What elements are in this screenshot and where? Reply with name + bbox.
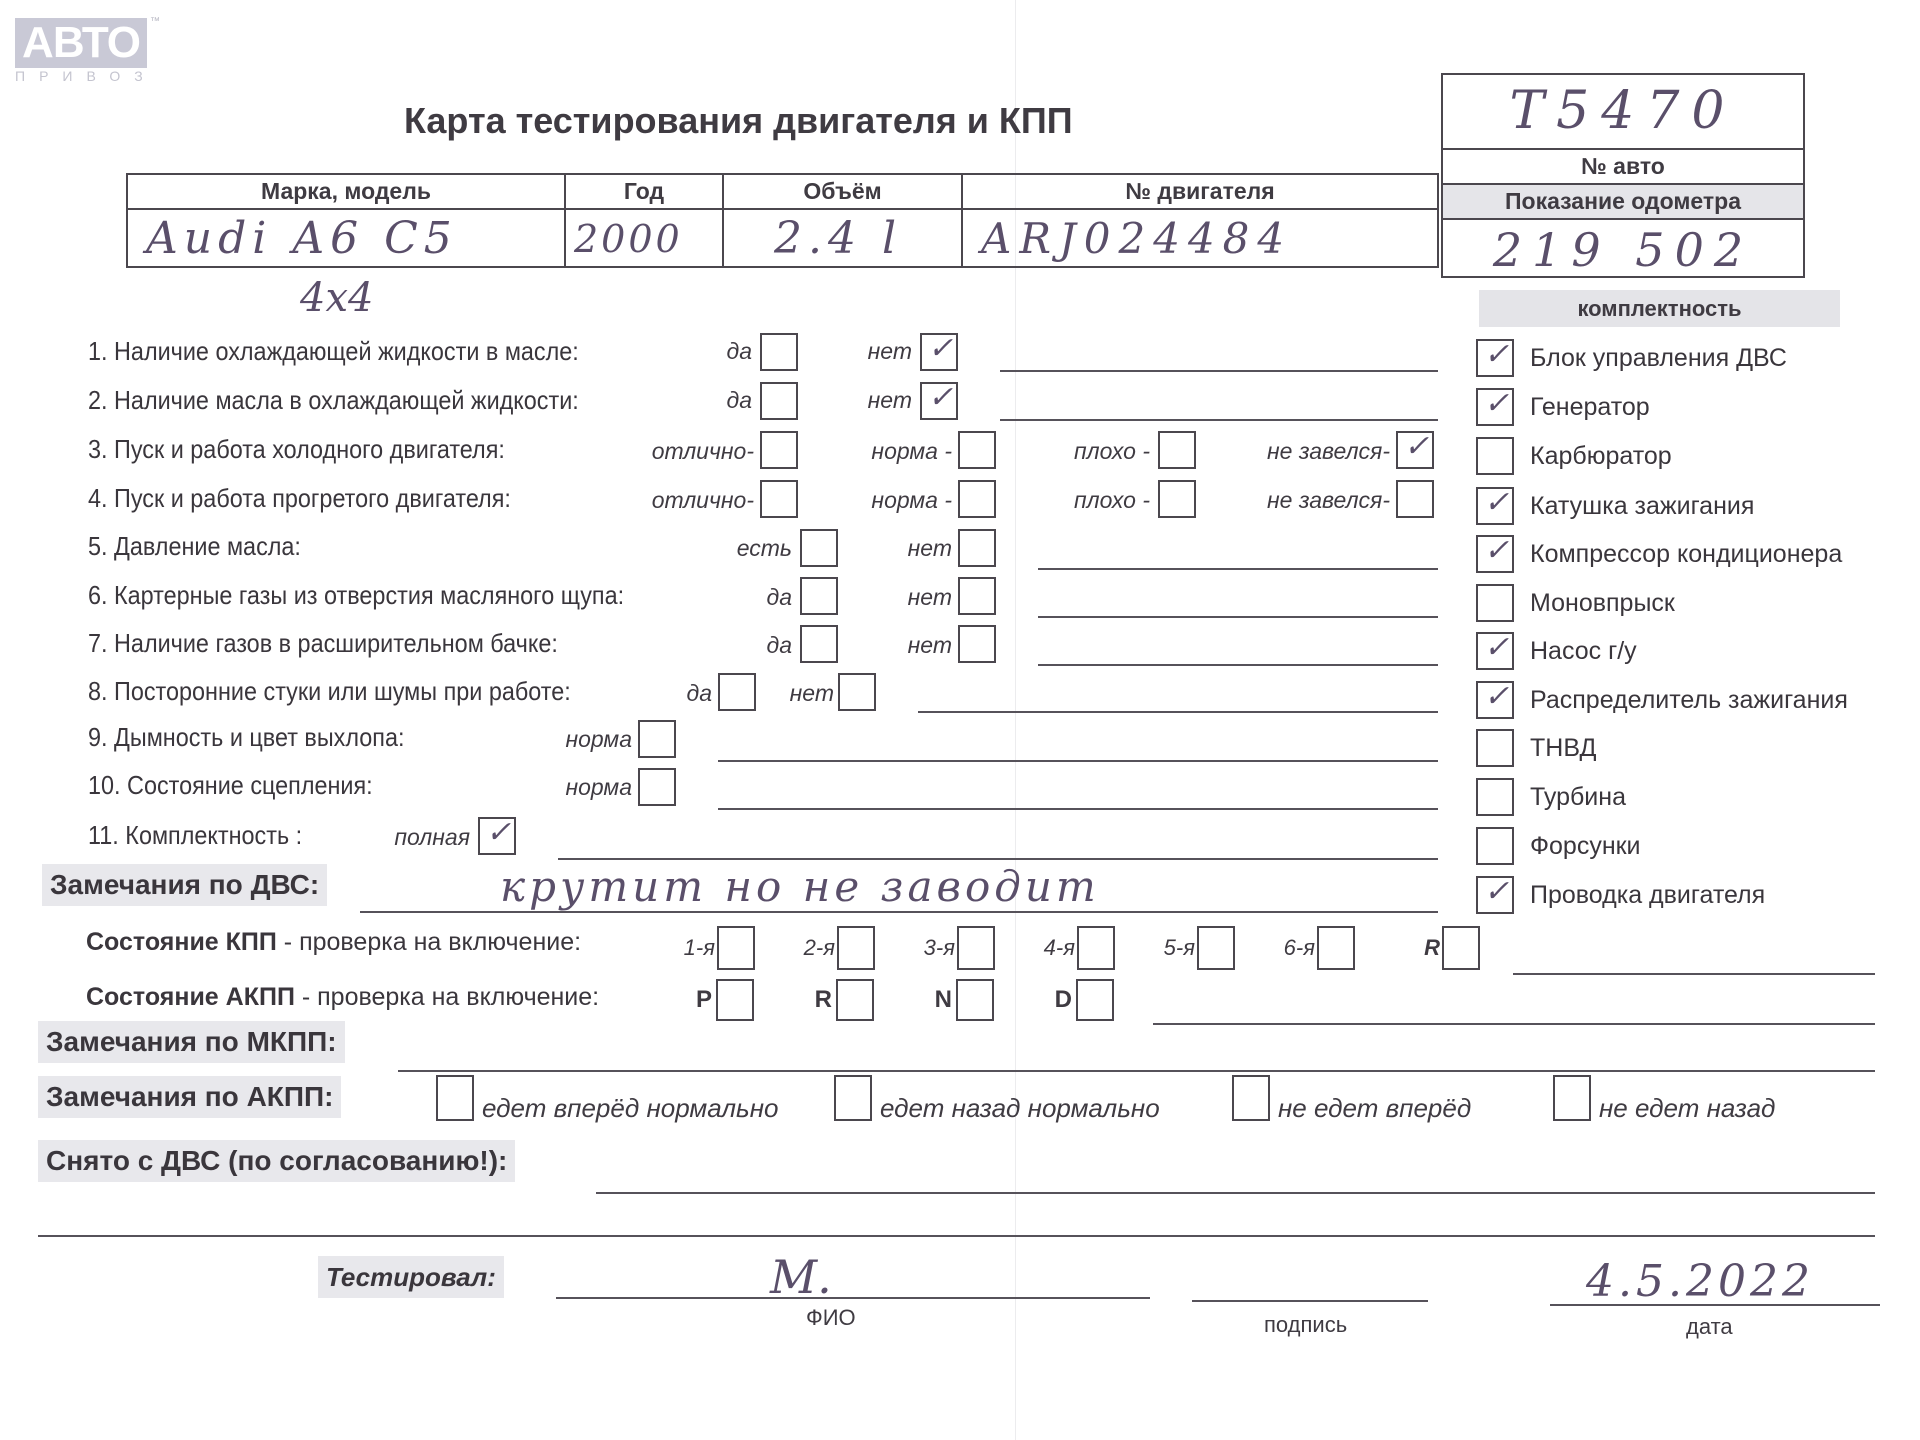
opt-label: плохо - bbox=[1040, 480, 1150, 520]
row4-no-start-checkbox[interactable] bbox=[1396, 480, 1434, 518]
check-row-1: 1. Наличие охлаждающей жидкости в масле: bbox=[88, 331, 579, 371]
completeness-item-label: Проводка двигателя bbox=[1530, 876, 1765, 914]
check-row-5: 5. Давление масла: bbox=[88, 526, 301, 566]
completeness-header: комплектность bbox=[1479, 290, 1840, 327]
gear-label: 2-я bbox=[795, 928, 835, 968]
completeness-item-label: Турбина bbox=[1530, 778, 1626, 816]
completeness-checkbox[interactable] bbox=[1476, 778, 1514, 816]
check-row-11: 11. Комплектность : bbox=[88, 815, 302, 855]
engine-remarks-line bbox=[360, 911, 1438, 913]
mt-remarks-label: Замечания по МКПП: bbox=[38, 1021, 345, 1063]
opt-label: не завелся- bbox=[1230, 431, 1390, 471]
row-label: Наличие масла в охлаждающей жидкости: bbox=[114, 385, 579, 415]
row9-normal-checkbox[interactable] bbox=[638, 720, 676, 758]
completeness-checkbox[interactable] bbox=[1476, 681, 1514, 719]
position-checkbox[interactable] bbox=[1076, 979, 1114, 1021]
row-label: Наличие охлаждающей жидкости в масле: bbox=[114, 336, 579, 366]
check-row-3: 3. Пуск и работа холодного двигателя: bbox=[88, 429, 505, 469]
make-model-field[interactable]: Audi A6 C5 bbox=[128, 210, 564, 268]
row6-yes-checkbox[interactable] bbox=[800, 577, 838, 615]
auto-gearbox-label: Состояние АКПП - проверка на включение: bbox=[86, 977, 599, 1017]
opt-label: нет bbox=[840, 331, 912, 371]
auto-gearbox-line[interactable] bbox=[1153, 1023, 1875, 1025]
check-row-2: 2. Наличие масла в охлаждающей жидкости: bbox=[88, 380, 579, 420]
at-remark-label: едет назад нормально bbox=[880, 1088, 1160, 1128]
check-row-8: 8. Посторонние стуки или шумы при работе… bbox=[88, 671, 571, 711]
removed-line[interactable] bbox=[596, 1192, 1875, 1194]
check-row-7: 7. Наличие газов в расширительном бачке: bbox=[88, 623, 558, 663]
completeness-checkbox[interactable] bbox=[1476, 388, 1514, 426]
at-remark-checkbox[interactable] bbox=[1553, 1075, 1591, 1121]
opt-label: полная bbox=[370, 817, 470, 857]
row-num: 10. bbox=[88, 770, 121, 800]
gear-label: R bbox=[1400, 928, 1440, 968]
row10-normal-checkbox[interactable] bbox=[638, 768, 676, 806]
check-row-9: 9. Дымность и цвет выхлопа: bbox=[88, 717, 405, 757]
completeness-checkbox[interactable] bbox=[1476, 584, 1514, 622]
completeness-item-label: Компрессор кондиционера bbox=[1530, 535, 1842, 573]
opt-label: есть bbox=[700, 528, 792, 568]
completeness-checkbox[interactable] bbox=[1476, 827, 1514, 865]
row-label: Пуск и работа холодного двигателя: bbox=[114, 434, 505, 464]
row4-bad-checkbox[interactable] bbox=[1158, 480, 1196, 518]
row11-complete-checkbox[interactable] bbox=[478, 817, 516, 855]
plate-label: № авто bbox=[1443, 150, 1803, 185]
odometer-label: Показание одометра bbox=[1443, 185, 1803, 220]
row10-note-line[interactable] bbox=[718, 808, 1438, 810]
engine-number-field[interactable]: ARJ024484 bbox=[963, 210, 1437, 268]
opt-label: отлично- bbox=[620, 431, 754, 471]
col-label: № двигателя bbox=[963, 175, 1437, 210]
position-checkbox[interactable] bbox=[836, 979, 874, 1021]
opt-label: нет bbox=[880, 528, 952, 568]
row8-yes-checkbox[interactable] bbox=[718, 673, 756, 711]
row1-note-line[interactable] bbox=[1000, 370, 1438, 372]
row-label: Комплектность : bbox=[125, 820, 302, 850]
date-line bbox=[1550, 1304, 1880, 1306]
row8-no-checkbox[interactable] bbox=[838, 673, 876, 711]
date-caption: дата bbox=[1686, 1314, 1733, 1340]
at-label-rest: - проверка на включение: bbox=[295, 983, 599, 1011]
completeness-item-label: Моновпрыск bbox=[1530, 584, 1675, 622]
row3-bad-checkbox[interactable] bbox=[1158, 431, 1196, 469]
row3-no-start-checkbox[interactable] bbox=[1396, 431, 1434, 469]
gear-checkbox[interactable] bbox=[1197, 926, 1235, 970]
gear-checkbox[interactable] bbox=[1317, 926, 1355, 970]
completeness-item-label: ТНВД bbox=[1530, 729, 1596, 767]
row-num: 1. bbox=[88, 336, 108, 366]
completeness-checkbox[interactable] bbox=[1476, 535, 1514, 573]
row5-yes-checkbox[interactable] bbox=[800, 529, 838, 567]
row7-no-checkbox[interactable] bbox=[958, 625, 996, 663]
row1-no-checkbox[interactable] bbox=[920, 333, 958, 371]
position-label: D bbox=[1052, 980, 1072, 1020]
completeness-item-label: Генератор bbox=[1530, 388, 1650, 426]
row1-yes-checkbox[interactable] bbox=[760, 333, 798, 371]
engine-remarks-field[interactable]: крутит но не заводит bbox=[500, 862, 1100, 911]
opt-label: отлично- bbox=[620, 480, 754, 520]
row-label: Посторонние стуки или шумы при работе: bbox=[114, 676, 571, 706]
at-remark-checkbox[interactable] bbox=[436, 1075, 474, 1121]
name-line bbox=[556, 1297, 1150, 1299]
at-remark-checkbox[interactable] bbox=[834, 1075, 872, 1121]
plate-number-field[interactable]: T5470 bbox=[1443, 75, 1803, 150]
plate-odometer-box: T5470 № авто Показание одометра 219 502 bbox=[1441, 73, 1805, 278]
gear-label: 3-я bbox=[915, 928, 955, 968]
row3-normal-checkbox[interactable] bbox=[958, 431, 996, 469]
col-engine-number: № двигателя ARJ024484 bbox=[963, 175, 1437, 266]
row6-note-line[interactable] bbox=[1038, 616, 1438, 618]
manual-gearbox-line[interactable] bbox=[1513, 973, 1875, 975]
opt-label: нет bbox=[880, 577, 952, 617]
row-label: Картерные газы из отверстия масляного щу… bbox=[114, 580, 624, 610]
completeness-checkbox[interactable] bbox=[1476, 729, 1514, 767]
row11-note-line[interactable] bbox=[558, 858, 1438, 860]
completeness-item-label: Катушка зажигания bbox=[1530, 487, 1754, 525]
gear-label: 4-я bbox=[1035, 928, 1075, 968]
completeness-checkbox[interactable] bbox=[1476, 487, 1514, 525]
opt-label: да bbox=[670, 673, 712, 713]
mt-remarks-line[interactable] bbox=[398, 1070, 1875, 1072]
opt-label: не завелся- bbox=[1230, 480, 1390, 520]
opt-label: да bbox=[690, 331, 752, 371]
mt-label-rest: - проверка на включение: bbox=[277, 928, 581, 956]
gear-checkbox[interactable] bbox=[717, 926, 755, 970]
name-caption: ФИО bbox=[806, 1305, 856, 1331]
vehicle-info-table: Марка, модель Audi A6 C5 Год 2000 Объём … bbox=[126, 173, 1439, 268]
row7-yes-checkbox[interactable] bbox=[800, 625, 838, 663]
gear-label: 5-я bbox=[1155, 928, 1195, 968]
completeness-checkbox[interactable] bbox=[1476, 876, 1514, 914]
col-label: Объём bbox=[724, 175, 961, 210]
col-label: Год bbox=[566, 175, 722, 210]
at-remark-checkbox[interactable] bbox=[1232, 1075, 1270, 1121]
page-title: Карта тестирования двигателя и КПП bbox=[404, 100, 1073, 142]
completeness-checkbox[interactable] bbox=[1476, 632, 1514, 670]
row9-note-line[interactable] bbox=[718, 760, 1438, 762]
year-field[interactable]: 2000 bbox=[566, 210, 722, 268]
gear-checkbox[interactable] bbox=[837, 926, 875, 970]
opt-label: норма bbox=[540, 719, 632, 759]
check-row-4: 4. Пуск и работа прогретого двигателя: bbox=[88, 478, 511, 518]
position-checkbox[interactable] bbox=[716, 979, 754, 1021]
at-remark-label: не едет назад bbox=[1599, 1088, 1775, 1128]
row8-note-line[interactable] bbox=[918, 711, 1438, 713]
completeness-checkbox[interactable] bbox=[1476, 437, 1514, 475]
removed-line-2[interactable] bbox=[38, 1235, 1875, 1237]
col-year: Год 2000 bbox=[566, 175, 724, 266]
opt-label: да bbox=[690, 380, 752, 420]
row-num: 3. bbox=[88, 434, 108, 464]
position-label: P bbox=[692, 980, 712, 1020]
at-remarks-label: Замечания по АКПП: bbox=[38, 1076, 341, 1118]
row7-note-line[interactable] bbox=[1038, 664, 1438, 666]
tested-by-label: Тестировал: bbox=[318, 1256, 504, 1298]
row-label: Давление масла: bbox=[114, 531, 301, 561]
model-note: 4x4 bbox=[300, 275, 373, 321]
opt-label: да bbox=[740, 625, 792, 665]
row-num: 2. bbox=[88, 385, 108, 415]
row-num: 5. bbox=[88, 531, 108, 561]
gear-label: 6-я bbox=[1275, 928, 1315, 968]
opt-label: нет bbox=[840, 380, 912, 420]
mt-label-bold: Состояние КПП bbox=[86, 928, 277, 956]
manual-gearbox-label: Состояние КПП - проверка на включение: bbox=[86, 922, 581, 962]
completeness-item-label: Карбюратор bbox=[1530, 437, 1672, 475]
engine-remarks-label: Замечания по ДВС: bbox=[42, 864, 327, 906]
row4-excellent-checkbox[interactable] bbox=[760, 480, 798, 518]
row-num: 6. bbox=[88, 580, 108, 610]
odometer-field[interactable]: 219 502 bbox=[1443, 220, 1803, 280]
opt-label: да bbox=[740, 577, 792, 617]
row-label: Дымность и цвет выхлопа: bbox=[114, 722, 404, 752]
row-num: 7. bbox=[88, 628, 108, 658]
check-row-10: 10. Состояние сцепления: bbox=[88, 765, 373, 805]
row2-no-checkbox[interactable] bbox=[920, 382, 958, 420]
row-label: Пуск и работа прогретого двигателя: bbox=[114, 483, 511, 513]
row4-normal-checkbox[interactable] bbox=[958, 480, 996, 518]
opt-label: норма - bbox=[840, 480, 952, 520]
completeness-item-label: Блок управления ДВС bbox=[1530, 339, 1787, 377]
col-make-model: Марка, модель Audi A6 C5 bbox=[128, 175, 566, 266]
brand-subtitle: ПРИВОЗ bbox=[15, 68, 150, 84]
position-label: R bbox=[812, 980, 832, 1020]
completeness-checkbox[interactable] bbox=[1476, 339, 1514, 377]
col-label: Марка, модель bbox=[128, 175, 564, 210]
row2-yes-checkbox[interactable] bbox=[760, 382, 798, 420]
col-volume: Объём 2.4 l bbox=[724, 175, 963, 266]
opt-label: нет bbox=[770, 673, 834, 713]
completeness-item-label: Насос г/у bbox=[1530, 632, 1637, 670]
row-num: 11. bbox=[88, 820, 119, 850]
at-remark-label: едет вперёд нормально bbox=[482, 1088, 778, 1128]
at-label-bold: Состояние АКПП bbox=[86, 983, 295, 1011]
date-field[interactable]: 4.5.2022 bbox=[1586, 1256, 1814, 1307]
opt-label: нет bbox=[880, 625, 952, 665]
check-row-6: 6. Картерные газы из отверстия масляного… bbox=[88, 575, 624, 615]
opt-label: норма - bbox=[840, 431, 952, 471]
position-checkbox[interactable] bbox=[956, 979, 994, 1021]
signature-caption: подпись bbox=[1264, 1312, 1347, 1338]
row-num: 4. bbox=[88, 483, 108, 513]
row-num: 8. bbox=[88, 676, 108, 706]
opt-label: плохо - bbox=[1040, 431, 1150, 471]
row-label: Состояние сцепления: bbox=[127, 770, 373, 800]
brand-logo: АВТО bbox=[15, 18, 147, 68]
at-remark-label: не едет вперёд bbox=[1278, 1088, 1471, 1128]
gear-checkbox[interactable] bbox=[957, 926, 995, 970]
row6-no-checkbox[interactable] bbox=[958, 577, 996, 615]
row-num: 9. bbox=[88, 722, 108, 752]
completeness-item-label: Распределитель зажигания bbox=[1530, 681, 1848, 719]
removed-label: Снято с ДВС (по согласованию!): bbox=[38, 1140, 515, 1182]
row2-note-line[interactable] bbox=[1000, 419, 1438, 421]
gear-label: 1-я bbox=[675, 928, 715, 968]
row3-excellent-checkbox[interactable] bbox=[760, 431, 798, 469]
row5-no-checkbox[interactable] bbox=[958, 529, 996, 567]
completeness-item-label: Форсунки bbox=[1530, 827, 1641, 865]
signature-line[interactable] bbox=[1192, 1300, 1428, 1302]
tester-name-field[interactable]: М. bbox=[770, 1250, 832, 1304]
gear-checkbox[interactable] bbox=[1442, 926, 1480, 970]
row5-note-line[interactable] bbox=[1038, 568, 1438, 570]
row-label: Наличие газов в расширительном бачке: bbox=[114, 628, 558, 658]
position-label: N bbox=[932, 980, 952, 1020]
trademark-mark: ™ bbox=[150, 16, 160, 27]
gear-checkbox[interactable] bbox=[1077, 926, 1115, 970]
volume-field[interactable]: 2.4 l bbox=[724, 210, 961, 268]
opt-label: норма bbox=[540, 767, 632, 807]
